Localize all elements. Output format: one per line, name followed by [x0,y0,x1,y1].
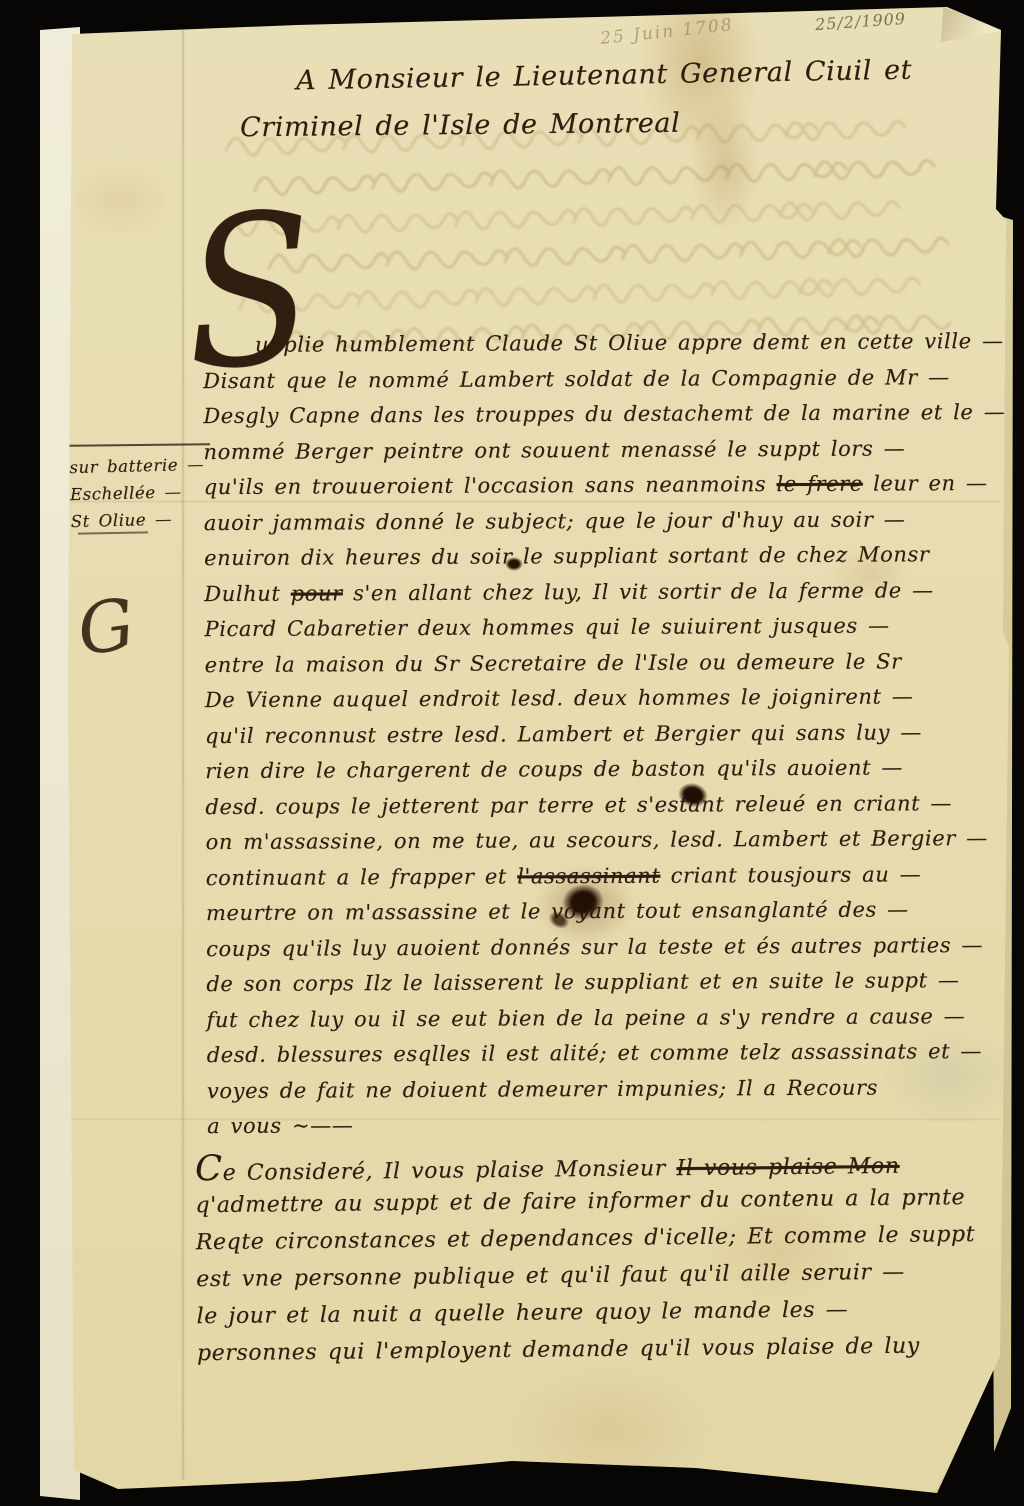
pencil-date-annotation: 25/2/1909 [814,9,906,34]
text-line: on m'assassine, on me tue, au secours, l… [205,821,995,861]
margin-rule [60,443,210,447]
text-line: entre la maison du Sr Secretaire de l'Is… [205,643,995,683]
text-line: Disant que le nommé Lambert soldat de la… [203,359,993,399]
text-line: rien dire le chargerent de coups de bast… [205,750,995,790]
text-line: upplie humblement Claude St Oliue appre … [203,324,993,364]
petition-body: upplie humblement Claude St Oliue appre … [203,324,997,1145]
text-line: a vous ~—— [207,1105,997,1145]
address-line-2: Criminel de l'Isle de Montreal [240,108,681,144]
text-line: desd. coups le jetterent par terre et s'… [205,785,995,825]
corner-fold-bottom-right [930,1352,1004,1498]
corner-fold-top-right [935,4,1005,44]
faint-date-annotation: 25 Juin 1708 [599,15,734,49]
text-line: desd. blessures esqlles il est alité; et… [207,1034,997,1074]
text-line: enuiron dix heures du soir le suppliant … [204,537,994,577]
paraph-mark: G [73,582,140,671]
manuscript-page: 25/2/1909 25 Juin 1708 A Monsieur le Lie… [0,0,1024,1506]
text-line: De Vienne auquel endroit lesd. deux homm… [205,679,995,719]
text-line: voyes de fait ne doiuent demeurer impuni… [207,1069,997,1109]
text-line: Picard Cabaretier deux hommes qui le sui… [204,608,994,648]
text-line: personnes qui l'employent demande qu'il … [197,1327,997,1372]
closing-paragraph: Ce Consideré, Il vous plaise Monsieur Il… [195,1142,997,1372]
text-line: nommé Berger peintre ont souuent menassé… [203,430,993,470]
text-line: fut chez luy ou il se eut bien de la pei… [206,998,996,1038]
text-line: auoir jammais donné le subject; que le j… [204,501,994,541]
text-line: Dulhut pour s'en allant chez luy, Il vit… [204,572,994,612]
text-line: Desgly Capne dans les trouppes du destac… [203,395,993,435]
margin-rule [78,531,148,534]
text-line: qu'il reconnust estre lesd. Lambert et B… [205,714,995,754]
text-line: de son corps Ilz le laisserent le suppli… [206,963,996,1003]
photo-background: 25/2/1909 25 Juin 1708 A Monsieur le Lie… [0,0,1024,1506]
address-line-1: A Monsieur le Lieutenant General Ciuil e… [296,55,913,97]
text-line: qu'ils en trouueroient l'occasion sans n… [204,466,994,506]
text-line: coups qu'ils luy auoient donnés sur la t… [206,927,996,967]
ink-blot [505,557,523,571]
